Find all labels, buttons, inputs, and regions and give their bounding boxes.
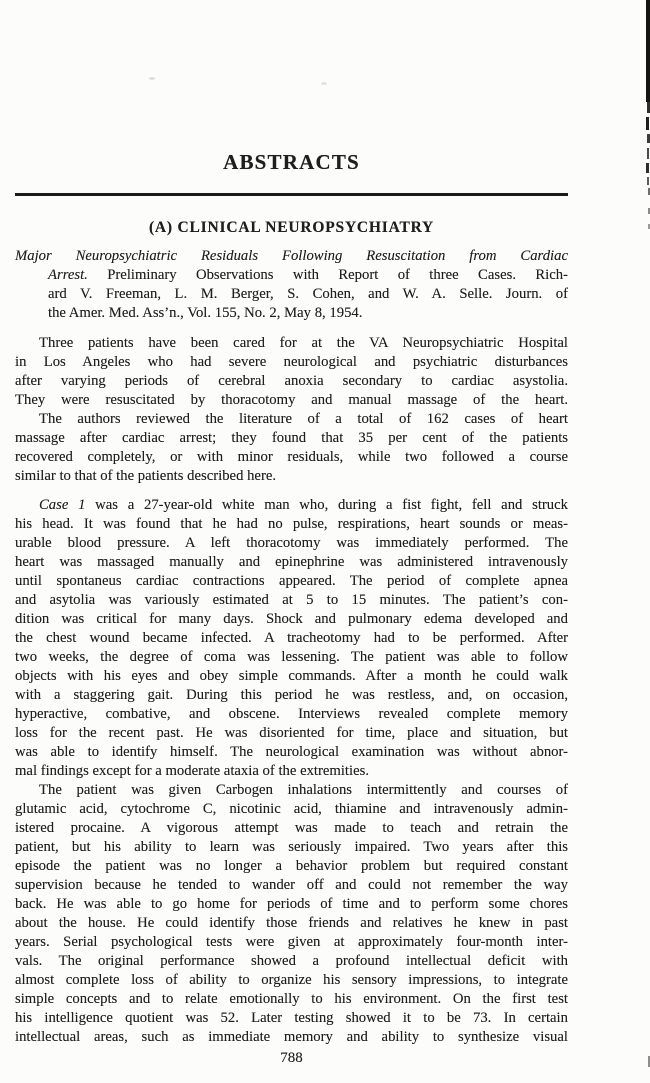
- text-line: massage after cardiac arrest; they found…: [15, 429, 568, 448]
- text-line: Major Neuropsychiatric Residuals Followi…: [15, 247, 568, 266]
- text-line: heart was massaged manually and epinephr…: [15, 553, 568, 572]
- text-line: The authors reviewed the literature of a…: [15, 410, 568, 429]
- text-line: with a staggering gait. During this peri…: [15, 686, 568, 705]
- scan-edge-artifact: [647, 177, 649, 185]
- text-line: years. Serial psychological tests were g…: [15, 933, 568, 952]
- text-line: dition was critical for many days. Shock…: [15, 610, 568, 629]
- text-line: his intelligence quotient was 52. Later …: [15, 1009, 568, 1028]
- text-line: the chest wound became infected. A trach…: [15, 629, 568, 648]
- text-line: Three patients have been cared for at th…: [15, 334, 568, 353]
- text-line: episode the patient was no longer a beha…: [15, 857, 568, 876]
- text-line: supervision because he tended to wander …: [15, 876, 568, 895]
- document-title: ABSTRACTS: [15, 151, 568, 174]
- text-line: was able to identify himself. The neurol…: [15, 743, 568, 762]
- text-line: Arrest. Preliminary Observations with Re…: [15, 266, 568, 285]
- scan-edge-artifact: [646, 163, 649, 173]
- scan-edge-artifact: [646, 117, 649, 130]
- paragraph: Case 1 was a 27-year-old white man who, …: [15, 496, 568, 781]
- text-line: loss for the recent past. He was disorie…: [15, 724, 568, 743]
- paragraph: The patient was given Carbogen inhalatio…: [15, 781, 568, 1047]
- text-line: the Amer. Med. Ass’n., Vol. 155, No. 2, …: [15, 304, 568, 323]
- abstract-body: Three patients have been cared for at th…: [15, 334, 568, 1047]
- scan-speck: [149, 77, 155, 80]
- text-line: and asytolia was variously estimated at …: [15, 591, 568, 610]
- scan-edge-artifact: [646, 0, 650, 102]
- document-page: ABSTRACTS (A) CLINICAL NEUROPSYCHIATRY M…: [0, 0, 650, 1083]
- citation-block: Major Neuropsychiatric Residuals Followi…: [15, 247, 568, 323]
- text-line: two weeks, the degree of coma was lessen…: [15, 648, 568, 667]
- text-line: recovered completely, or with minor resi…: [15, 448, 568, 467]
- text-line: istered procaine. A vigorous attempt was…: [15, 819, 568, 838]
- page-number: 788: [15, 1049, 568, 1068]
- text-line: his head. It was found that he had no pu…: [15, 515, 568, 534]
- divider-rule: [15, 193, 568, 196]
- text-line: They were resuscitated by thoracotomy an…: [15, 391, 568, 410]
- text-line: simple concepts and to relate emotionall…: [15, 990, 568, 1009]
- text-line: patient, but his ability to learn was se…: [15, 838, 568, 857]
- text-line: back. He was able to go home for periods…: [15, 895, 568, 914]
- text-line: until spontaneus cardiac contractions ap…: [15, 572, 568, 591]
- scan-speck: [321, 82, 327, 85]
- text-line: glutamic acid, cytochrome C, nicotinic a…: [15, 800, 568, 819]
- text-line: intellectual areas, such as immediate me…: [15, 1028, 568, 1047]
- text-line: almost complete loss of ability to organ…: [15, 971, 568, 990]
- text-line: objects with his eyes and obey simple co…: [15, 667, 568, 686]
- text-line: vals. The original performance showed a …: [15, 952, 568, 971]
- section-heading: (A) CLINICAL NEUROPSYCHIATRY: [15, 218, 568, 237]
- text-line: after varying periods of cerebral anoxia…: [15, 372, 568, 391]
- text-line: urable blood pressure. A left thoracotom…: [15, 534, 568, 553]
- text-line: The patient was given Carbogen inhalatio…: [15, 781, 568, 800]
- text-line: ard V. Freeman, L. M. Berger, S. Cohen, …: [15, 285, 568, 304]
- page-content: ABSTRACTS (A) CLINICAL NEUROPSYCHIATRY M…: [15, 0, 568, 1047]
- text-line: hyperactive, combative, and obscene. Int…: [15, 705, 568, 724]
- paragraph: The authors reviewed the literature of a…: [15, 410, 568, 486]
- paragraph: Three patients have been cared for at th…: [15, 334, 568, 410]
- scan-edge-artifact: [647, 148, 649, 159]
- text-line: mal findings except for a moderate ataxi…: [15, 762, 568, 781]
- text-line: in Los Angeles who had severe neurologic…: [15, 353, 568, 372]
- text-line: Case 1 was a 27-year-old white man who, …: [15, 496, 568, 515]
- text-line: similar to that of the patients describe…: [15, 467, 568, 486]
- text-line: about the house. He could identify those…: [15, 914, 568, 933]
